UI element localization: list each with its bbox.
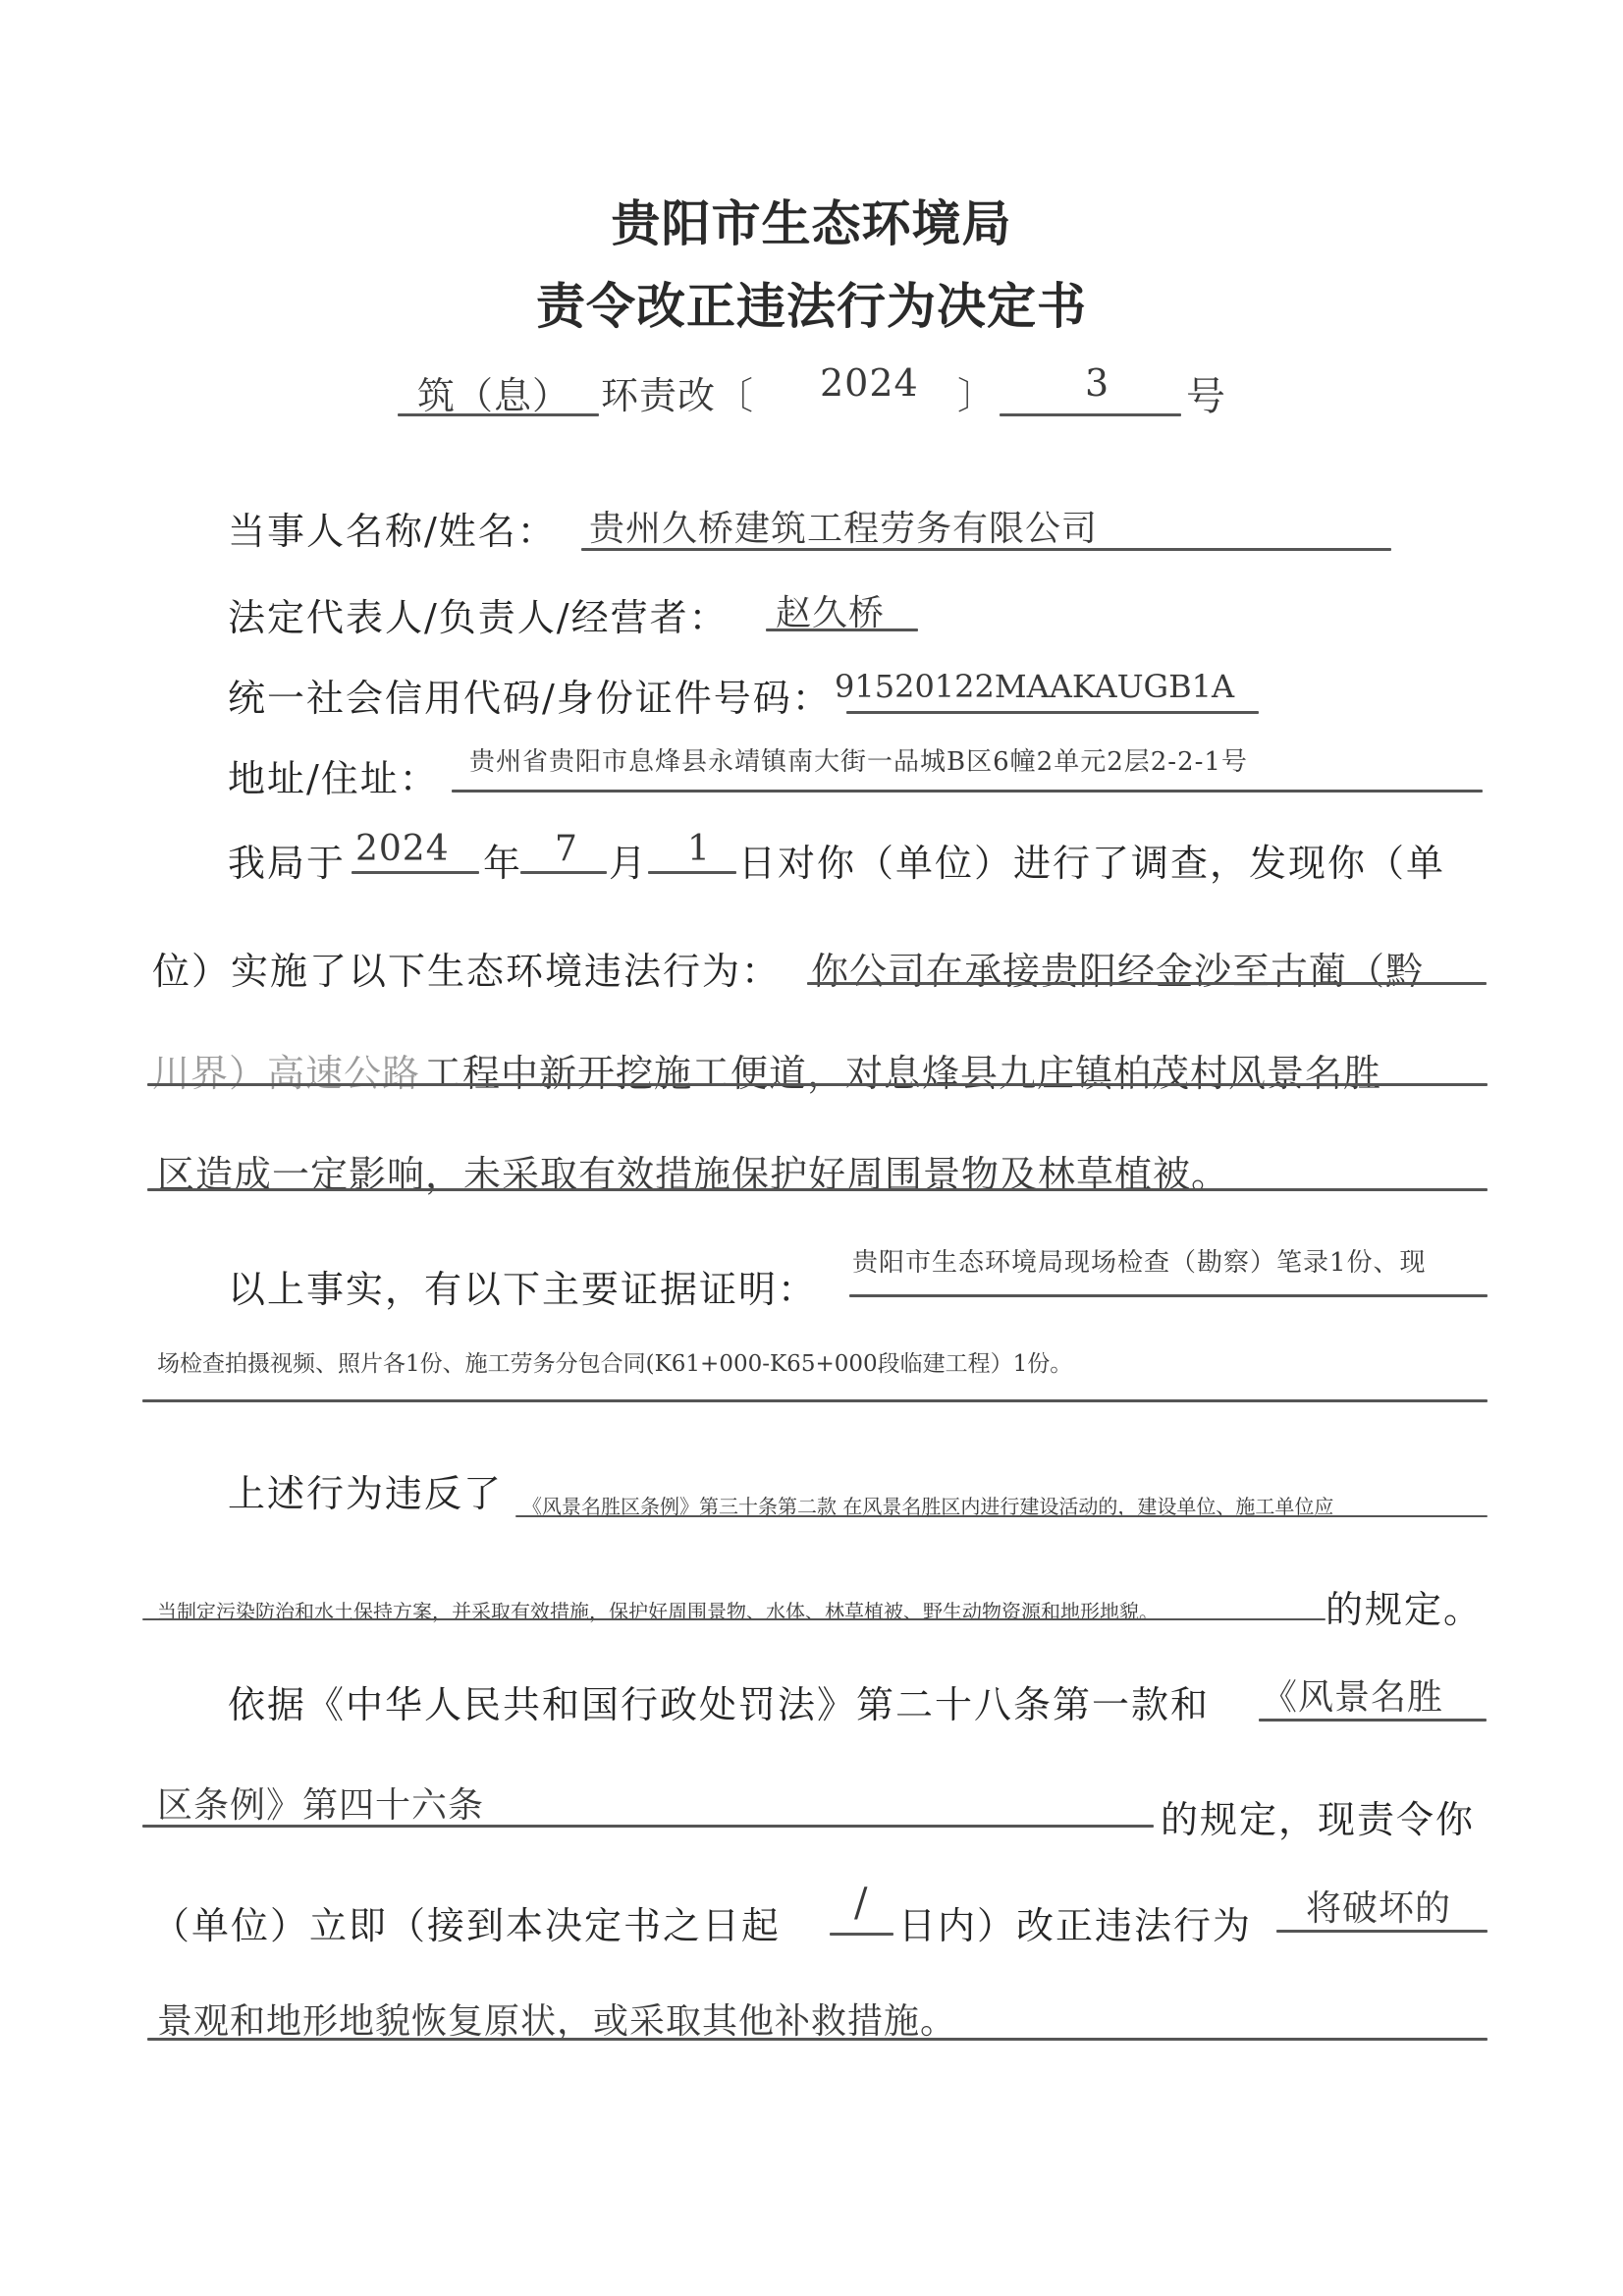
violated-law-line1-underline: [515, 1515, 1488, 1517]
basis-text-line1: 依据《中华人民共和国行政处罚法》第二十八条第一款和: [228, 1674, 1210, 1728]
investigation-year: 2024: [355, 829, 450, 869]
doc-number-year: 2024: [820, 361, 919, 405]
address-underline: [452, 790, 1483, 793]
evidence-line1-underline: [849, 1294, 1488, 1297]
issuing-authority-title: 贵阳市生态环境局: [0, 185, 1623, 255]
party-name-value: 贵州久桥建筑工程劳务有限公司: [589, 501, 1098, 551]
basis-line2-underline: [142, 1825, 1154, 1828]
investigation-intro: 我局于: [228, 833, 346, 887]
violation-line2-underline: [147, 1083, 1488, 1086]
violation-text-line2: 工程中新开挖施工便道，对息烽县九庄镇柏茂村风景名胜: [424, 1043, 1381, 1097]
credit-code-underline: [846, 711, 1259, 714]
evidence-text-line2: 场检查拍摄视频、照片各1份、施工劳务分包合同(K61+000-K65+000段临…: [157, 1345, 1072, 1378]
correction-measure-line1-underline: [1276, 1930, 1488, 1933]
basis-fill-line1: 《风景名胜: [1262, 1669, 1443, 1720]
violated-law-label: 上述行为违反了: [228, 1463, 503, 1517]
evidence-text-line1: 贵阳市生态环境局现场检查（勘察）笔录1份、现: [852, 1242, 1427, 1279]
doc-number-underline: [1000, 413, 1181, 416]
doc-number-value: 3: [1085, 361, 1109, 405]
investigation-year-unit: 年: [483, 833, 522, 887]
investigation-after-date: 日对你（单位）进行了调查，发现你（单: [738, 833, 1445, 887]
basis-line3-prefix: （单位）立即（接到本决定书之日起: [152, 1895, 781, 1949]
investigation-day-underline: [648, 871, 736, 874]
doc-number-close-bracket: 〕: [957, 365, 996, 419]
correction-measure-line2-underline: [147, 2038, 1488, 2041]
decision-document-page: 贵阳市生态环境局 责令改正违法行为决定书 筑（息） 环责改〔 2024 〕 3 …: [0, 0, 1623, 2296]
violated-law-line2-underline: [142, 1618, 1325, 1620]
investigation-day: 1: [687, 829, 711, 869]
doc-number-middle: 环责改〔: [601, 365, 754, 419]
basis-line2-suffix: 的规定，现责令你: [1161, 1789, 1475, 1843]
party-name-underline: [581, 548, 1391, 551]
address-value: 贵州省贵阳市息烽县永靖镇南大街一品城B区6幢2单元2层2-2-1号: [469, 741, 1248, 778]
investigation-month: 7: [555, 829, 578, 869]
correction-days-underline: [830, 1933, 893, 1936]
evidence-label: 以上事实，有以下主要证据证明：: [228, 1259, 817, 1313]
investigation-year-underline: [352, 871, 479, 874]
legal-representative-label: 法定代表人/负责人/经营者：: [228, 587, 729, 641]
basis-line1-underline: [1259, 1719, 1487, 1722]
violation-line1-underline: [807, 982, 1487, 985]
basis-line3-mid: 日内）改正违法行为: [898, 1895, 1252, 1949]
correction-measure-line1: 将破坏的: [1306, 1881, 1451, 1931]
doc-number-suffix: 号: [1186, 365, 1226, 421]
credit-code-label: 统一社会信用代码/身份证件号码：: [228, 668, 832, 722]
correction-measure-line2: 景观和地形地貌恢复原状，或采取其他补救措施。: [157, 1994, 956, 2044]
legal-representative-underline: [766, 629, 918, 631]
correction-days-value: /: [854, 1881, 868, 1926]
doc-number-prefix: 筑（息）: [417, 365, 570, 419]
evidence-line2-underline: [142, 1399, 1488, 1402]
address-label: 地址/住址：: [228, 748, 439, 802]
document-type-title: 责令改正违法行为决定书: [0, 267, 1623, 338]
investigation-month-unit: 月: [609, 833, 648, 887]
party-name-label: 当事人名称/姓名：: [228, 501, 557, 555]
investigation-month-underline: [520, 871, 607, 874]
violation-text-line1: 你公司在承接贵阳经金沙至古蔺（黔: [811, 941, 1424, 995]
credit-code-value: 91520122MAAKAUGB1A: [835, 668, 1234, 705]
violated-law-suffix: 的规定。: [1325, 1579, 1483, 1633]
violation-text-line2-faded: 川界）高速公路: [152, 1043, 420, 1097]
violation-intro: 位）实施了以下生态环境违法行为：: [152, 941, 781, 995]
violation-line3-underline: [147, 1188, 1488, 1191]
basis-fill-line2: 区条例》第四十六条: [157, 1777, 484, 1828]
doc-number-prefix-underline: [398, 413, 599, 416]
